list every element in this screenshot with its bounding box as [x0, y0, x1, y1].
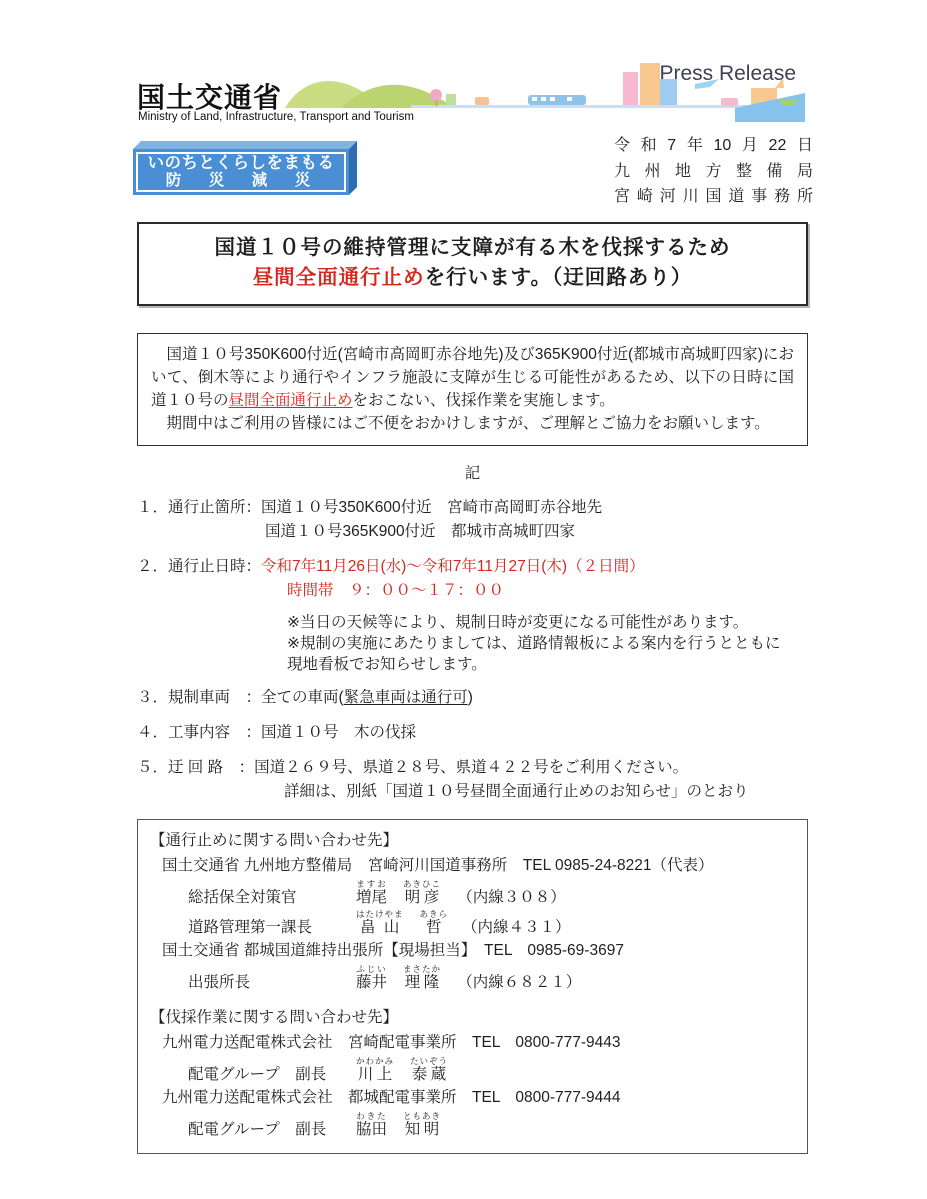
building-icon: [660, 79, 677, 105]
contact-extension: （内線６８２１）: [457, 974, 581, 991]
item1-line2: 国道１０号365K900付近 都城市高城町四家: [137, 520, 808, 544]
given-name-kana: ともあき: [403, 1111, 441, 1121]
contact-person-hatakeyama: 道路管理第一課長 畠山はたけやま哲あきら（内線４３１）: [150, 909, 795, 938]
title-line2: 昼間全面通行止めを行います。（迂回路あり）: [143, 263, 802, 293]
house-icon: [446, 94, 456, 105]
title-box: 国道１０号の維持管理に支障が有る木を伐採するため 昼間全面通行止めを行います。（…: [137, 222, 808, 306]
family-name: 藤井ふじい: [356, 974, 387, 991]
given-name-kana: あきひこ: [403, 879, 441, 889]
ki-mark: 記: [137, 461, 808, 483]
given-name: 理隆まさたか: [403, 974, 439, 991]
given-name-kanji: 理隆: [403, 974, 441, 991]
lead-paragraph-1: 国道１０号350K600付近(宮崎市高岡町赤谷地先)及び365K900付近(都城…: [151, 343, 794, 412]
item3-post: ): [468, 689, 473, 706]
badge-front-face: いのちとくらしをまもる 防 災 減 災: [133, 149, 349, 195]
title-line1: 国道１０号の維持管理に支障が有る木を伐採するため: [143, 233, 802, 263]
document-body: 国道１０号の維持管理に支障が有る木を伐採するため 昼間全面通行止めを行います。（…: [137, 222, 808, 1154]
lead-p1-post: をおこない、伐採作業を実施します。: [353, 392, 615, 409]
contact-role: 出張所長: [188, 973, 356, 993]
date-office-block: 令和7年10月22日 九州地方整備局 宮崎河川国道事務所: [614, 133, 813, 210]
airplane-icon: [695, 79, 719, 89]
car-icon: [721, 98, 738, 106]
item2-date-red: 令和7年11月26日(水)～令和7年11月27日(木)（２日間）: [261, 558, 645, 575]
given-name-kana: たいぞう: [410, 1056, 448, 1066]
item2-note3: 現地看板でお知らせします。: [137, 654, 808, 675]
contact-name: 脇田わきた知明ともあき: [356, 1111, 457, 1140]
contact-person-wakita: 配電グループ 副長 脇田わきた知明ともあき: [150, 1111, 795, 1140]
train-window: [550, 97, 555, 101]
family-name-kanji: 畠山: [356, 919, 404, 936]
item5-line2: 詳細は、別紙「国道１０号昼間全面通行止めのお知らせ」のとおり: [137, 780, 808, 804]
family-name-kana: ふじい: [356, 964, 387, 974]
release-date: 令和7年10月22日: [614, 133, 813, 159]
item4-value: 国道１０号 木の伐採: [261, 724, 416, 741]
badge-side-face: [349, 141, 357, 195]
given-name: 泰蔵たいぞう: [410, 1066, 448, 1083]
contact-org-miyakonojo-branch: 国土交通省 都城国道維持出張所【現場担当】 TEL 0985-69-3697: [150, 939, 795, 963]
contact-person-fujii: 出張所長 藤井ふじい理隆まさたか（内線６８２１）: [150, 964, 795, 993]
item5-value1: 国道２６９号、県道２８号、県道４２２号をご利用ください。: [254, 759, 688, 776]
family-name-kana: はたけやま: [356, 909, 404, 919]
contact-role: 配電グループ 副長: [188, 1120, 356, 1140]
item2-head: ２．通行止日時：: [137, 558, 261, 575]
item-closure-datetime: ２．通行止日時：令和7年11月26日(水)～令和7年11月27日(木)（２日間）…: [137, 555, 808, 675]
badge-top-face: [133, 141, 357, 149]
train-window: [567, 97, 572, 101]
family-name-kana: かわかみ: [356, 1056, 394, 1066]
family-name-kana: ますお: [356, 879, 387, 889]
car-icon: [475, 97, 489, 105]
contact-person-kawakami: 配電グループ 副長 川上かわかみ泰蔵たいぞう: [150, 1056, 795, 1085]
contact-person-masuo: 総括保全対策官 増尾ますお明彦あきひこ（内線３０８）: [150, 879, 795, 908]
item1-line1: １．通行止箇所：国道１０号350K600付近 宮崎市高岡町赤谷地先: [137, 496, 808, 520]
item2-note2: ※規制の実施にあたりましては、道路情報板による案内を行うとともに: [137, 633, 808, 654]
crane-icon: [775, 78, 784, 88]
office-name: 宮崎河川国道事務所: [614, 184, 813, 210]
contact-org-kyuden-miyazaki: 九州電力送配電株式会社 宮崎配電事業所 TEL 0800-777-9443: [150, 1031, 795, 1055]
family-name-kanji: 増尾: [356, 889, 387, 906]
item2-note1: ※当日の天候等により、規制日時が変更になる可能性があります。: [137, 612, 808, 633]
family-name-kanji: 川上: [356, 1066, 394, 1083]
item3-pre: 全ての車両(: [261, 689, 344, 706]
item5-line1: ５．迂 回 路 ：国道２６９号、県道２８号、県道４２２号をご利用ください。: [137, 756, 808, 780]
tree-trunk: [435, 100, 438, 106]
given-name-kana: まさたか: [403, 964, 441, 974]
item4-head: ４．工事内容 ：: [137, 724, 261, 741]
tree-icon: [430, 89, 442, 101]
landscape-illustration: [283, 58, 805, 122]
office-bureau: 九州地方整備局: [614, 159, 813, 185]
contact-extension: （内線４３１）: [462, 919, 571, 936]
family-name: 脇田わきた: [356, 1121, 387, 1138]
item3-underlined: 緊急車両は通行可: [344, 689, 468, 706]
item2-time-red: 時間帯 ９：００～１７：００: [137, 579, 808, 603]
given-name-kana: あきら: [420, 909, 449, 919]
family-name: 畠山はたけやま: [356, 919, 404, 936]
contact-section1-title: 【通行止めに関する問い合わせ先】: [150, 829, 795, 853]
badge-bousai-gensai: 防 災 減 災: [138, 172, 344, 190]
contact-name: 川上かわかみ泰蔵たいぞう: [356, 1056, 464, 1085]
section-gap: [150, 993, 795, 1006]
given-name-kanji: 知明: [403, 1121, 441, 1138]
item-detour-route: ５．迂 回 路 ：国道２６９号、県道２８号、県道４２２号をご利用ください。 詳細…: [137, 756, 808, 804]
lead-paragraph-2: 期間中はご利用の皆様にはご不便をおかけしますが、ご理解とご協力をお願いします。: [151, 412, 794, 435]
title-red-phrase: 昼間全面通行止め: [253, 266, 425, 289]
item1-value1: 国道１０号350K600付近 宮崎市高岡町赤谷地先: [261, 499, 602, 516]
train-window: [532, 97, 537, 101]
contact-name: 藤井ふじい理隆まさたか（内線６８２１）: [356, 964, 581, 993]
contact-role: 道路管理第一課長: [188, 918, 356, 938]
given-name: 知明ともあき: [403, 1121, 441, 1138]
item2-notes: ※当日の天候等により、規制日時が変更になる可能性があります。 ※規制の実施にあた…: [137, 612, 808, 675]
item4-line: ４．工事内容 ：国道１０号 木の伐採: [137, 721, 808, 745]
contact-org-miyazaki-office: 国土交通省 九州地方整備局 宮崎河川国道事務所 TEL 0985-24-8221…: [150, 854, 795, 878]
ministry-name-ja: 国土交通省: [137, 76, 282, 116]
contact-section2-title: 【伐採作業に関する問い合わせ先】: [150, 1006, 795, 1030]
disaster-prevention-badge: いのちとくらしをまもる 防 災 減 災: [133, 141, 365, 199]
badge-slogan: いのちとくらしをまもる: [138, 154, 344, 172]
item5-head: ５．迂 回 路 ：: [137, 759, 254, 776]
item2-line1: ２．通行止日時：令和7年11月26日(水)～令和7年11月27日(木)（２日間）: [137, 555, 808, 579]
contact-role: 総括保全対策官: [188, 888, 356, 908]
given-name: 哲あきら: [420, 919, 445, 936]
item-restricted-vehicles: ３．規制車両 ：全ての車両(緊急車両は通行可): [137, 686, 808, 710]
given-name-kanji: 泰蔵: [410, 1066, 448, 1083]
lead-red-phrase: 昼間全面通行止め: [229, 392, 353, 409]
train-window: [541, 97, 546, 101]
family-name: 増尾ますお: [356, 889, 387, 906]
press-release-page: Press Release 国土交通省 Ministry of Land, In…: [0, 0, 927, 1199]
family-name: 川上かわかみ: [356, 1066, 394, 1083]
lead-paragraph-box: 国道１０号350K600付近(宮崎市高岡町赤谷地先)及び365K900付近(都城…: [137, 333, 808, 446]
item3-head: ３．規制車両 ：: [137, 689, 261, 706]
given-name: 明彦あきひこ: [403, 889, 439, 906]
building-icon: [640, 63, 660, 105]
building-icon: [623, 72, 638, 105]
item-closure-location: １．通行止箇所：国道１０号350K600付近 宮崎市高岡町赤谷地先 国道１０号3…: [137, 496, 808, 544]
contact-box: 【通行止めに関する問い合わせ先】 国土交通省 九州地方整備局 宮崎河川国道事務所…: [137, 819, 808, 1154]
badge-text: いのちとくらしをまもる 防 災 減 災: [136, 152, 346, 192]
item1-head: １．通行止箇所：: [137, 499, 261, 516]
contact-name: 増尾ますお明彦あきひこ（内線３０８）: [356, 879, 566, 908]
contact-name: 畠山はたけやま哲あきら（内線４３１）: [356, 909, 571, 938]
title-line2-rest: を行います。（迂回路あり）: [425, 266, 693, 289]
numbered-items: １．通行止箇所：国道１０号350K600付近 宮崎市高岡町赤谷地先 国道１０号3…: [137, 496, 808, 804]
given-name-kanji: 哲: [420, 919, 449, 936]
contact-extension: （内線３０８）: [457, 889, 566, 906]
contact-role: 配電グループ 副長: [188, 1065, 356, 1085]
family-name-kanji: 脇田: [356, 1121, 387, 1138]
item3-line: ３．規制車両 ：全ての車両(緊急車両は通行可): [137, 686, 808, 710]
family-name-kana: わきた: [356, 1111, 387, 1121]
contact-org-kyuden-miyakonojo: 九州電力送配電株式会社 都城配電事業所 TEL 0800-777-9444: [150, 1086, 795, 1110]
given-name-kanji: 明彦: [403, 889, 441, 906]
family-name-kanji: 藤井: [356, 974, 387, 991]
item-work-content: ４．工事内容 ：国道１０号 木の伐採: [137, 721, 808, 745]
